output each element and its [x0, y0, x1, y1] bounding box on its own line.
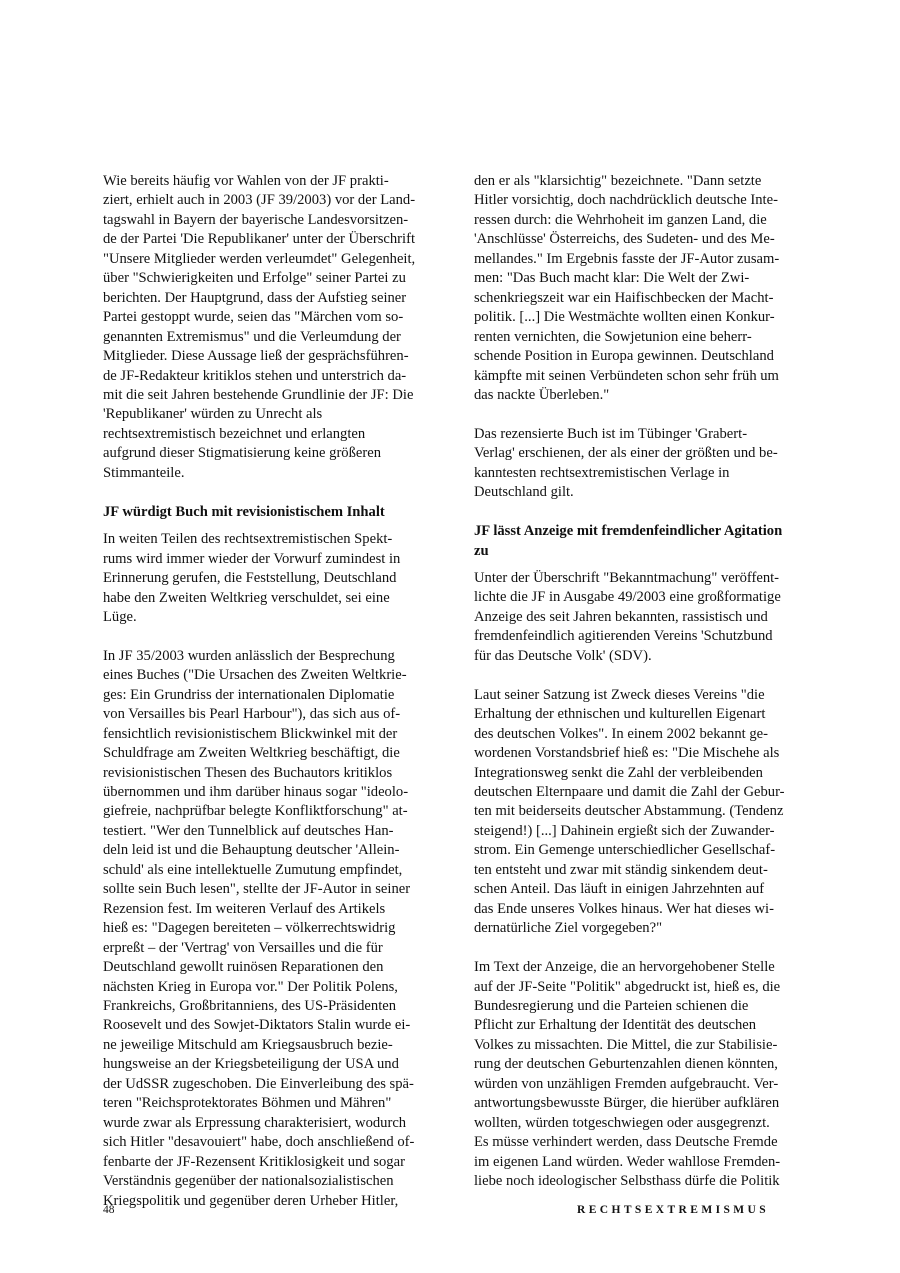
- text-line: deln leid ist und die Behauptung deutsch…: [103, 841, 438, 860]
- text-line: ne jeweilige Mitschuld am Kriegsausbruch…: [103, 1036, 438, 1055]
- text-line: Anzeige des seit Jahren bekannten, rassi…: [474, 608, 809, 627]
- text-line: Lüge.: [103, 608, 438, 627]
- text-line: wordenen Vorstandsbrief hieß es: "Die Mi…: [474, 744, 809, 763]
- text-line: Deutschland gilt.: [474, 483, 809, 502]
- text-line: Erinnerung gerufen, die Feststellung, De…: [103, 569, 438, 588]
- text-line: strom. Ein Gemenge unterschiedlicher Ges…: [474, 841, 809, 860]
- paragraph: Unter der Überschrift "Bekanntmachung" v…: [474, 569, 809, 666]
- text-line: fenbarte der JF-Rezensent Kritiklosigkei…: [103, 1153, 438, 1172]
- text-line: men: "Das Buch macht klar: Die Welt der …: [474, 269, 809, 288]
- text-line: mellandes." Im Ergebnis fasste der JF-Au…: [474, 250, 809, 269]
- text-line: In JF 35/2003 wurden anlässlich der Besp…: [103, 647, 438, 666]
- page-number: 48: [103, 1204, 115, 1216]
- text-line: liebe noch ideologischer Selbsthass dürf…: [474, 1172, 809, 1191]
- text-line: de der Partei 'Die Republikaner' unter d…: [103, 230, 438, 249]
- left-column: Wie bereits häufig vor Wahlen von der JF…: [103, 172, 438, 1230]
- text-line: tagswahl in Bayern der bayerische Landes…: [103, 211, 438, 230]
- text-line: aufgrund dieser Stigmatisierung keine gr…: [103, 444, 438, 463]
- text-line: rung der deutschen Geburtenzahlen dienen…: [474, 1055, 809, 1074]
- text-line: für das Deutsche Volk' (SDV).: [474, 647, 809, 666]
- text-line: Integrationsweg senkt die Zahl der verbl…: [474, 764, 809, 783]
- text-line: ressen durch: die Wehrhoheit im ganzen L…: [474, 211, 809, 230]
- text-line: steigend!) [...] Dahinein ergießt sich d…: [474, 822, 809, 841]
- text-line: Schuldfrage am Zweiten Weltkrieg beschäf…: [103, 744, 438, 763]
- text-line: habe den Zweiten Weltkrieg verschuldet, …: [103, 589, 438, 608]
- text-line: Deutschland gewollt ruinösen Reparatione…: [103, 958, 438, 977]
- text-line: deutschen Elternpaare und damit die Zahl…: [474, 783, 809, 802]
- text-line: 'Anschlüsse' Österreichs, des Sudeten- u…: [474, 230, 809, 249]
- text-line: Wie bereits häufig vor Wahlen von der JF…: [103, 172, 438, 191]
- text-line: Hitler vorsichtig, doch nachdrücklich de…: [474, 191, 809, 210]
- text-line: revisionistischen Thesen des Buchautors …: [103, 764, 438, 783]
- text-line: Stimmanteile.: [103, 464, 438, 483]
- text-line: im eigenen Land würden. Weder wahllose F…: [474, 1153, 809, 1172]
- text-line: Verlag' erschienen, der als einer der gr…: [474, 444, 809, 463]
- text-line: In weiten Teilen des rechtsextremistisch…: [103, 530, 438, 549]
- paragraph: Laut seiner Satzung ist Zweck dieses Ver…: [474, 686, 809, 939]
- text-line: Unter der Überschrift "Bekanntmachung" v…: [474, 569, 809, 588]
- text-line: hieß es: "Dagegen bereiteten – völkerrec…: [103, 919, 438, 938]
- text-line: berichten. Der Hauptgrund, dass der Aufs…: [103, 289, 438, 308]
- text-line: kanntesten rechtsextremistischen Verlage…: [474, 464, 809, 483]
- text-line: "Unsere Mitglieder werden verleumdet" Ge…: [103, 250, 438, 269]
- text-line: rums wird immer wieder der Vorwurf zumin…: [103, 550, 438, 569]
- text-line: Laut seiner Satzung ist Zweck dieses Ver…: [474, 686, 809, 705]
- right-column: den er als "klarsichtig" bezeichnete. "D…: [474, 172, 809, 1211]
- text-line: wurde zwar als Erpressung charakterisier…: [103, 1114, 438, 1133]
- text-line: Frankreichs, Großbritanniens, des US-Prä…: [103, 997, 438, 1016]
- text-line: würden von unzähligen Fremden aufgebrauc…: [474, 1075, 809, 1094]
- text-line: mit die seit Jahren bestehende Grundlini…: [103, 386, 438, 405]
- text-line: schenkriegszeit war ein Haifischbecken d…: [474, 289, 809, 308]
- text-line: fremdenfeindlich agitierenden Vereins 'S…: [474, 627, 809, 646]
- text-line: Verständnis gegenüber der nationalsozial…: [103, 1172, 438, 1191]
- text-line: renten vernichten, die Sowjetunion eine …: [474, 328, 809, 347]
- text-line: giefreie, nachprüfbar belegte Konfliktfo…: [103, 802, 438, 821]
- text-line: Es müsse verhindert werden, dass Deutsch…: [474, 1133, 809, 1152]
- text-line: ziert, erhielt auch in 2003 (JF 39/2003)…: [103, 191, 438, 210]
- section-heading: JF würdigt Buch mit revisionistischem In…: [103, 503, 438, 522]
- text-line: fensichtlich revisionistischem Blickwink…: [103, 725, 438, 744]
- text-line: wollten, würden totgeschwiegen oder ausg…: [474, 1114, 809, 1133]
- paragraph: Wie bereits häufig vor Wahlen von der JF…: [103, 172, 438, 483]
- text-line: Bundesregierung und die Parteien schiene…: [474, 997, 809, 1016]
- text-line: ten entsteht und zwar mit ständig sinken…: [474, 861, 809, 880]
- running-title: RECHTSEXTREMISMUS: [577, 1204, 769, 1216]
- text-line: lichte die JF in Ausgabe 49/2003 eine gr…: [474, 588, 809, 607]
- text-line: kämpfte mit seinen Verbündeten schon seh…: [474, 367, 809, 386]
- text-line: den er als "klarsichtig" bezeichnete. "D…: [474, 172, 809, 191]
- text-line: genannten Extremismus" und die Verleumdu…: [103, 328, 438, 347]
- text-line: ten mit beiderseits deutscher Abstammung…: [474, 802, 809, 821]
- text-line: Mitglieder. Diese Aussage ließ der gespr…: [103, 347, 438, 366]
- text-line: sich Hitler "desavouiert" habe, doch ans…: [103, 1133, 438, 1152]
- text-line: das Ende unseres Volkes hinaus. Wer hat …: [474, 900, 809, 919]
- text-line: JF lässt Anzeige mit fremdenfeindlicher …: [474, 522, 809, 541]
- text-line: eines Buches ("Die Ursachen des Zweiten …: [103, 666, 438, 685]
- text-line: Rezension fest. Im weiteren Verlauf des …: [103, 900, 438, 919]
- text-line: schuld' als eine intellektuelle Zumutung…: [103, 861, 438, 880]
- paragraph: In JF 35/2003 wurden anlässlich der Besp…: [103, 647, 438, 1211]
- paragraph: Das rezensierte Buch ist im Tübinger 'Gr…: [474, 425, 809, 503]
- text-line: sollte sein Buch lesen", stellte der JF-…: [103, 880, 438, 899]
- text-line: der UdSSR zugeschoben. Die Einverleibung…: [103, 1075, 438, 1094]
- text-line: Das rezensierte Buch ist im Tübinger 'Gr…: [474, 425, 809, 444]
- text-line: erpreßt – der 'Vertrag' von Versailles u…: [103, 939, 438, 958]
- text-line: hungsweise an der Kriegsbeteiligung der …: [103, 1055, 438, 1074]
- text-line: Pflicht zur Erhaltung der Identität des …: [474, 1016, 809, 1035]
- text-line: Volkes zu missachten. Die Mittel, die zu…: [474, 1036, 809, 1055]
- text-line: dernatürliche Ziel vorgegeben?": [474, 919, 809, 938]
- text-line: Roosevelt und des Sowjet-Diktators Stali…: [103, 1016, 438, 1035]
- text-line: antwortungsbewusste Bürger, die hierüber…: [474, 1094, 809, 1113]
- text-line: Erhaltung der ethnischen und kulturellen…: [474, 705, 809, 724]
- text-line: zu: [474, 542, 809, 561]
- text-line: das nackte Überleben.": [474, 386, 809, 405]
- text-line: nächsten Krieg in Europa vor." Der Polit…: [103, 978, 438, 997]
- text-line: Partei gestoppt wurde, seien das "Märche…: [103, 308, 438, 327]
- text-line: von Versailles bis Pearl Harbour"), das …: [103, 705, 438, 724]
- text-line: Im Text der Anzeige, die an hervorgehobe…: [474, 958, 809, 977]
- text-line: des deutschen Volkes". In einem 2002 bek…: [474, 725, 809, 744]
- text-line: über "Schwierigkeiten und Erfolge" seine…: [103, 269, 438, 288]
- text-line: auf der JF-Seite "Politik" abgedruckt is…: [474, 978, 809, 997]
- text-line: ges: Ein Grundriss der internationalen D…: [103, 686, 438, 705]
- text-line: Kriegspolitik und gegenüber deren Urhebe…: [103, 1192, 438, 1211]
- paragraph: Im Text der Anzeige, die an hervorgehobe…: [474, 958, 809, 1191]
- text-line: de JF-Redakteur kritiklos stehen und unt…: [103, 367, 438, 386]
- paragraph: den er als "klarsichtig" bezeichnete. "D…: [474, 172, 809, 405]
- section-heading: JF lässt Anzeige mit fremdenfeindlicher …: [474, 522, 809, 561]
- text-line: 'Republikaner' würden zu Unrecht als: [103, 405, 438, 424]
- text-line: teren "Reichsprotektorates Böhmen und Mä…: [103, 1094, 438, 1113]
- text-line: rechtsextremistisch bezeichnet und erlan…: [103, 425, 438, 444]
- text-line: testiert. "Wer den Tunnelblick auf deuts…: [103, 822, 438, 841]
- paragraph: In weiten Teilen des rechtsextremistisch…: [103, 530, 438, 627]
- text-line: politik. [...] Die Westmächte wollten ei…: [474, 308, 809, 327]
- text-line: schen Anteil. Das läuft in einigen Jahrz…: [474, 880, 809, 899]
- text-line: übernommen und ihm darüber hinaus sogar …: [103, 783, 438, 802]
- text-line: schende Position in Europa gewinnen. Deu…: [474, 347, 809, 366]
